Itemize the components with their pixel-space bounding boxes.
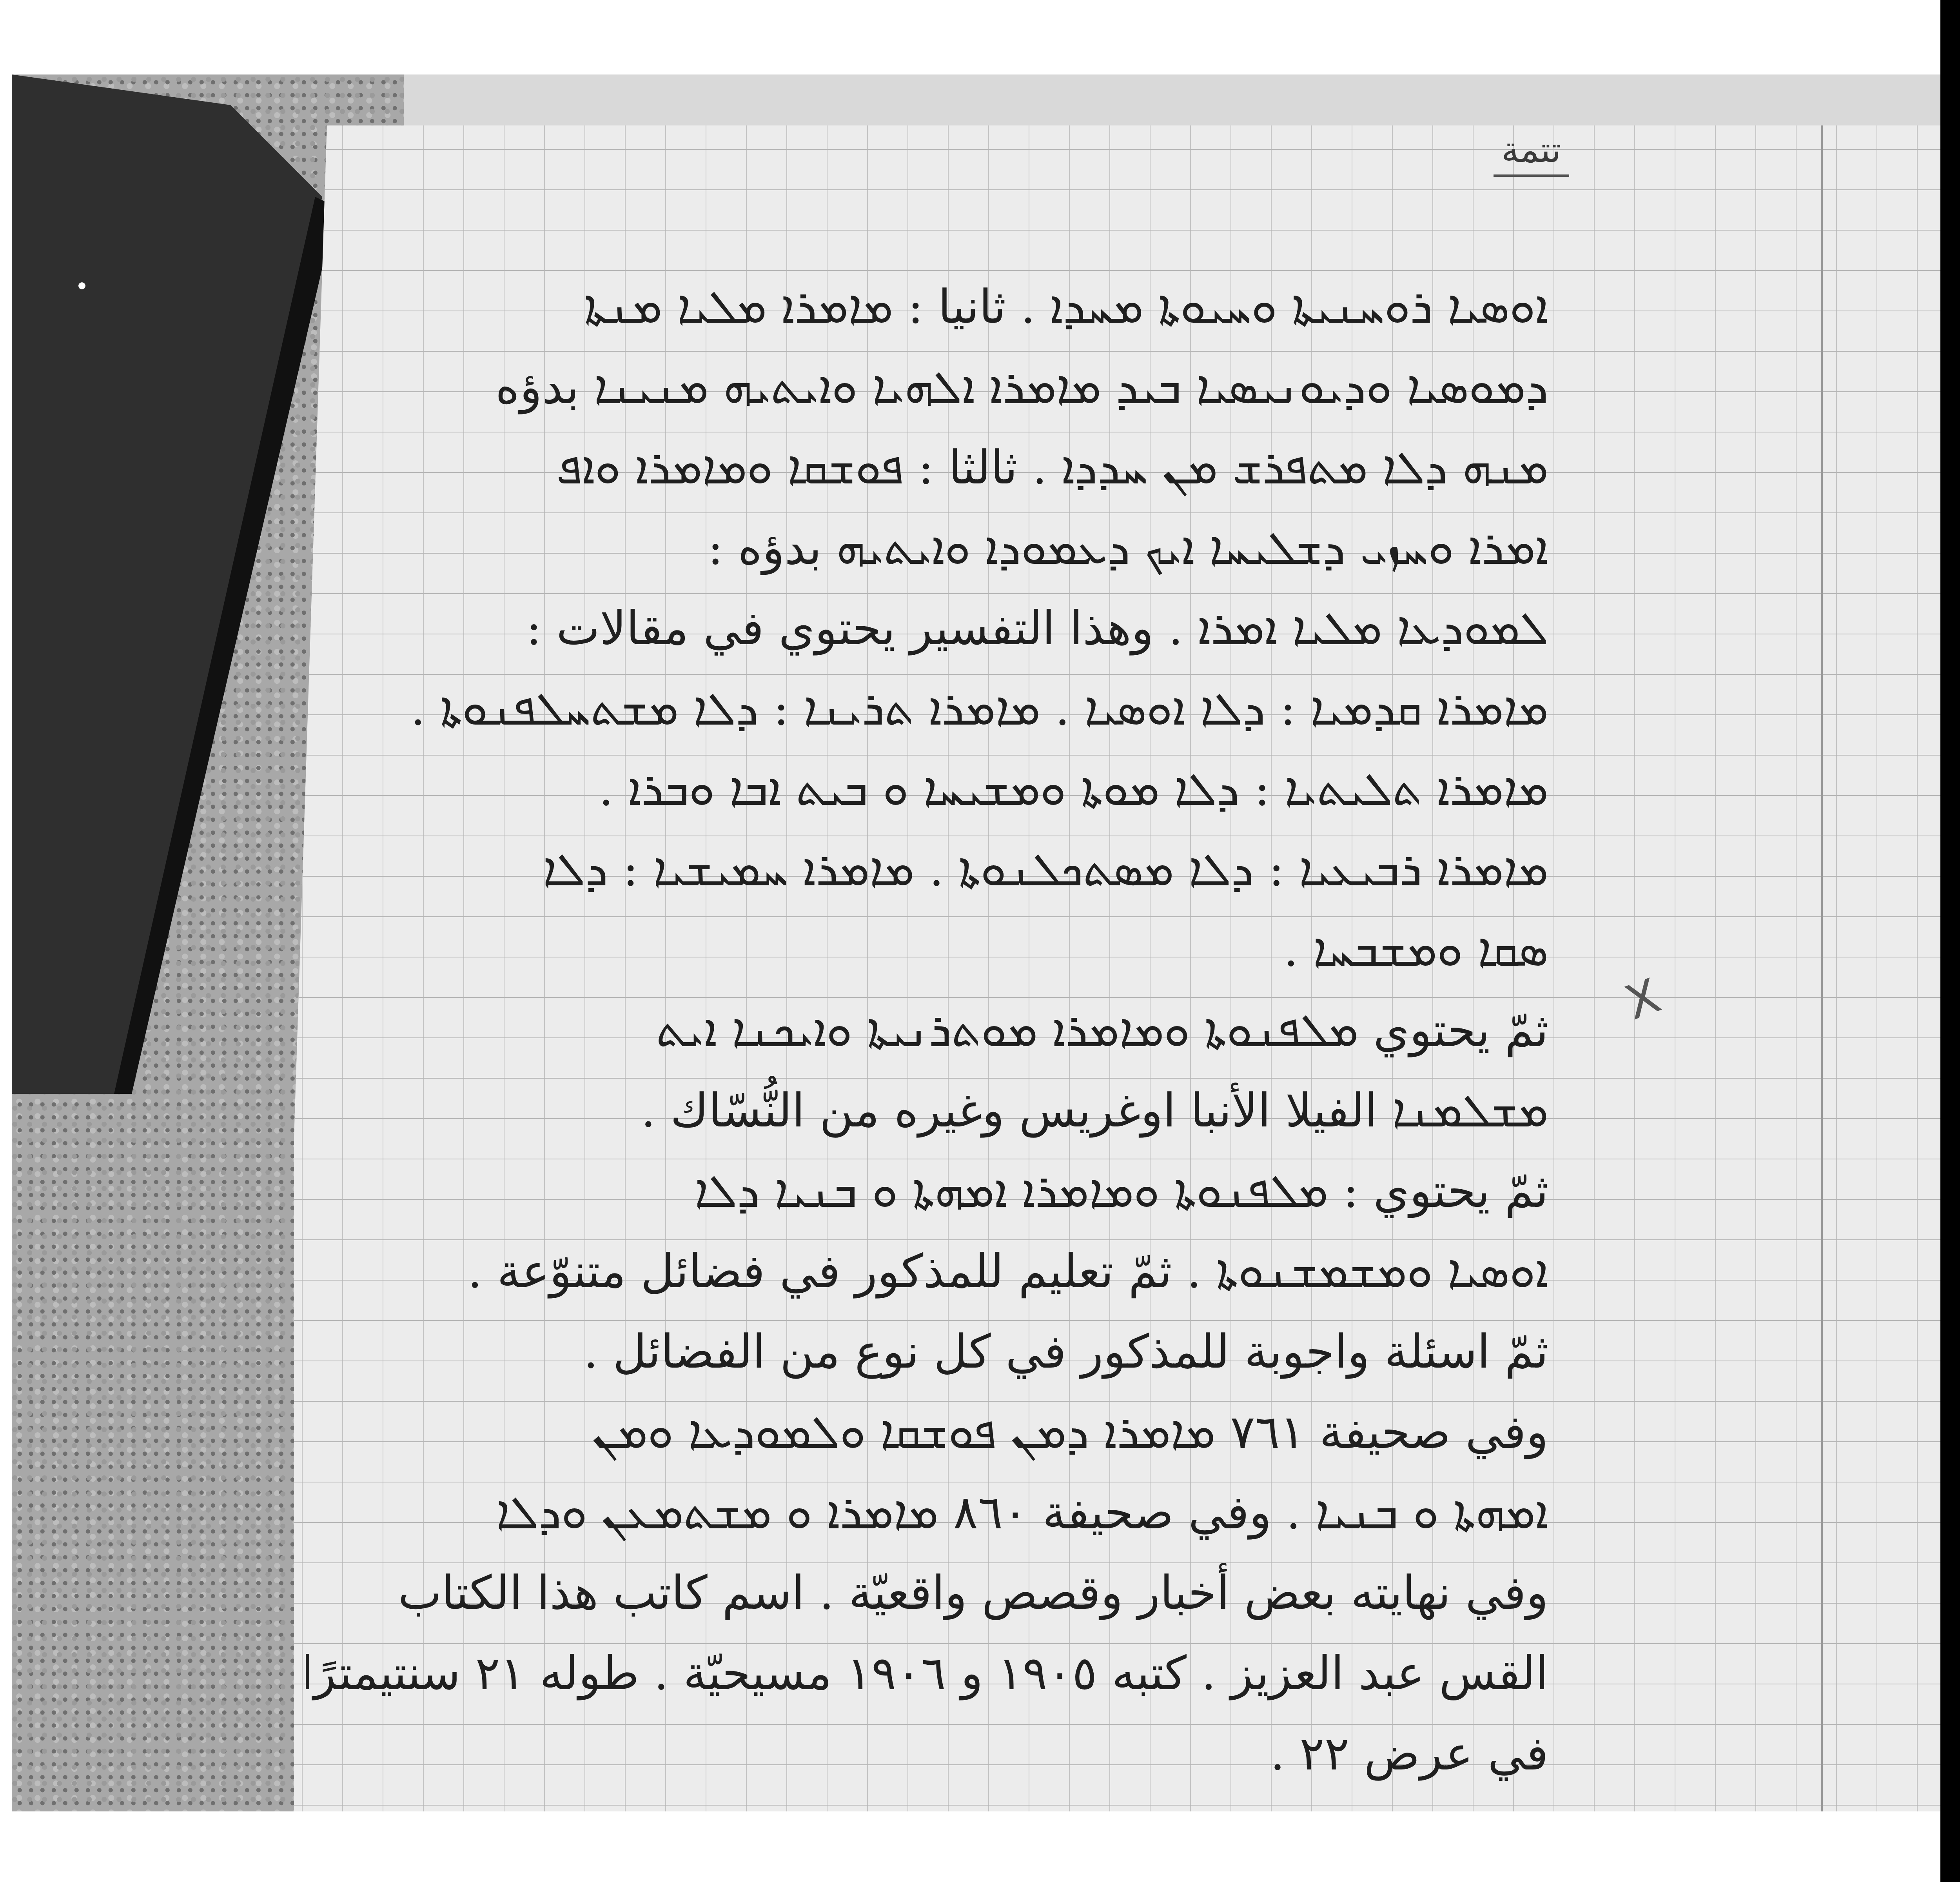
film-edge-black-strip	[1940, 0, 1960, 1882]
text-line-11: ܡܫܠܡܢܐ الفيلا الأنبا اوغريس وغيره من الن…	[306, 1070, 1548, 1151]
film-speck	[78, 282, 85, 289]
text-line-18: القس عبد العزيز . كتبه ١٩٠٥ و ١٩٠٦ مسيحي…	[306, 1633, 1548, 1713]
page-heading: تتمة	[1494, 129, 1569, 177]
text-line-17: وفي نهايته بعض أخبار وقصص واقعيّة . اسم …	[306, 1553, 1548, 1633]
text-line-1: ܐܘܣܝܐ ܪܘܚܢܝܬܐ ܘܚܝܘܬܐ ܡܚܕܐ . ثانيا : ܡܐܡܪ…	[306, 267, 1548, 347]
text-line-8: ܡܐܡܪܐ ܪܒܝܥܝܐ : ܕܠܐ ܡܣܬܟܠܢܘܬܐ . ܡܐܡܪܐ ܚܡܝ…	[306, 829, 1548, 910]
text-line-7: ܡܐܡܪܐ ܬܠܝܬܝܐ : ܕܠܐ ܡܘܬܐ ܘܡܫܝܚܐ ܘ ܒܝܬ ܐܒܐ…	[306, 749, 1548, 829]
text-line-5: ܠܡܘܕܥܐ ܡܠܝܐ ܐܡܪܐ . وهذا التفسير يحتوي في…	[306, 588, 1548, 669]
text-line-15: وفي صحيفة ٧٦١ ܡܐܡܪܐ ܕܡܢ ܦܘܫܩܐ ܘܠܡܘܕܥܐ ܘܡ…	[306, 1392, 1548, 1472]
text-line-2: ܕܡܘܣܝܐ ܘܕܝܘܢܝܣܝܐ ܒܝܕ ܡܐܡܪܐ ܐܠܗܝܐ ܘܐܝܬܝܗ …	[306, 347, 1548, 427]
text-line-9: ܣܩܐ ܘܡܫܒܚܐ .	[306, 910, 1548, 990]
text-line-10: ثمّ يحتوي ܡܠܦܢܘܬܐ ܘܡܐܡܪܐ ܡܘܬܪܢܝܬܐ ܘܐܝܟܢܐ…	[306, 990, 1548, 1070]
text-line-4: ܐܡܪܐ ܘܚܙܝ ܕܫܠܝܚܐ ܐܝܟ ܕܥܡܘܕܐ ܘܐܝܬܝܗ بدؤه …	[306, 508, 1548, 588]
text-line-6: ܡܐܡܪܐ ܩܕܡܝܐ : ܕܠܐ ܐܘܣܝܐ . ܡܐܡܪܐ ܬܪܝܢܐ : …	[306, 669, 1548, 749]
text-line-16: ܐܡܗܬܐ ܘ ܒܢܝܐ . وفي صحيفة ٨٦٠ ܡܐܡܪܐ ܘ ܡܫܬ…	[306, 1472, 1548, 1553]
text-line-13: ܐܘܣܝܐ ܘܡܫܡܫܢܘܬܐ . ثمّ تعليم للمذكور في ف…	[306, 1231, 1548, 1312]
text-line-3: ܡܢܗ ܕܠܐ ܡܬܦܪܫ ܡܢ ܚܕܕܐ . ثالثا : ܦܘܫܩܐ ܘܡ…	[306, 427, 1548, 508]
text-line-12: ثمّ يحتوي : ܡܠܦܢܘܬܐ ܘܡܐܡܪܐ ܐܡܗܬܐ ܘ ܒܢܝܐ …	[306, 1151, 1548, 1231]
handwritten-text-block: ܐܘܣܝܐ ܪܘܚܢܝܬܐ ܘܚܝܘܬܐ ܡܚܕܐ . ثانيا : ܡܐܡܪ…	[306, 267, 1548, 1794]
page-margin-line	[1821, 125, 1823, 1811]
text-line-14: ثمّ اسئلة واجوبة للمذكور في كل نوع من ال…	[306, 1312, 1548, 1392]
text-line-19: في عرض ٢٢ .	[306, 1713, 1548, 1794]
